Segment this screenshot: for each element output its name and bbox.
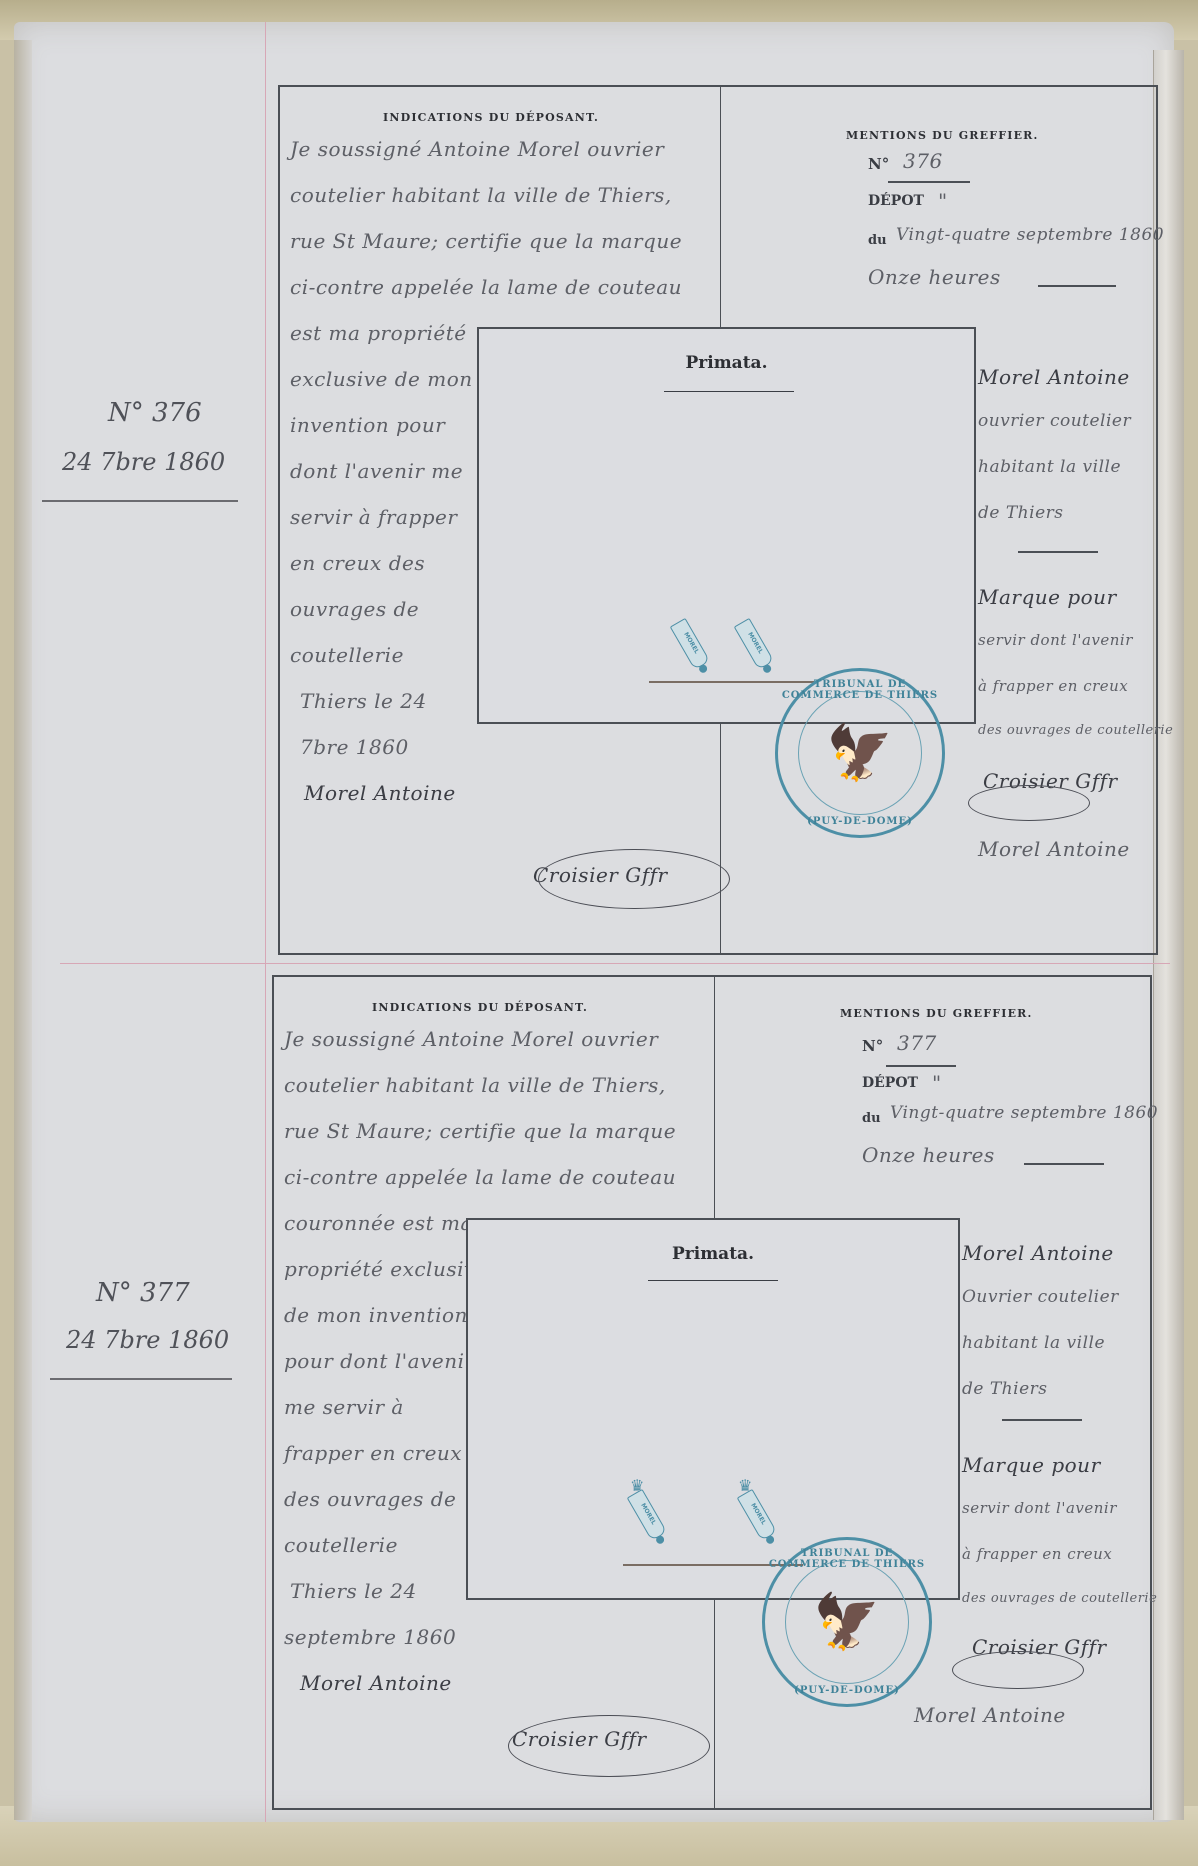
deposant-line: servir à frapper xyxy=(290,505,457,529)
mark-title: Primata. xyxy=(479,353,974,373)
greffier-line: à frapper en creux xyxy=(978,677,1128,695)
greffier-line: à frapper en creux xyxy=(962,1545,1112,1563)
deposant-signature: Morel Antoine xyxy=(300,1671,452,1695)
mark-title-underline xyxy=(664,391,794,392)
greffier-line: Ouvrier coutelier xyxy=(962,1287,1119,1307)
depot-label: DÉPOT xyxy=(868,193,924,209)
mark-title-underline xyxy=(648,1280,778,1281)
depot-value: " xyxy=(932,1071,942,1095)
margin-entry-date: 24 7bre 1860 xyxy=(62,448,225,476)
knife-blade-mark-icon: MOREL xyxy=(734,618,775,670)
tribunal-seal: TRIBUNAL DE COMMERCE DE THIERS 🦅 (PUY-DE… xyxy=(775,668,945,838)
deposant-line: rue St Maure; certifie que la marque xyxy=(284,1119,676,1143)
deposant-line: exclusive de mon xyxy=(290,367,473,391)
margin-underline xyxy=(42,500,238,502)
deposant-signature: Morel Antoine xyxy=(304,781,456,805)
deposant-line: Thiers le 24 xyxy=(300,689,427,713)
depot-heure: Onze heures xyxy=(868,265,1001,289)
margin-entry-date: 24 7bre 1860 xyxy=(66,1326,229,1354)
knife-blade-mark-icon: MOREL xyxy=(670,618,711,670)
page-binding-edge xyxy=(14,40,32,1820)
greffier-header: MENTIONS DU GREFFIER. xyxy=(846,129,1039,142)
imperial-eagle-icon: 🦅 xyxy=(813,1595,880,1649)
numero-label: N° xyxy=(862,1037,883,1055)
greffier-line: de Thiers xyxy=(962,1379,1047,1399)
seal-outer-text: TRIBUNAL DE COMMERCE DE THIERS xyxy=(778,679,942,701)
crowned-knife-blade-mark-icon: MOREL xyxy=(737,1489,778,1541)
deposant-line: Thiers le 24 xyxy=(290,1579,417,1603)
signature-paraph xyxy=(538,849,730,909)
deposant-countersign: Morel Antoine xyxy=(978,837,1130,861)
deposant-line: rue St Maure; certifie que la marque xyxy=(290,229,682,253)
numero-value: 376 xyxy=(903,149,943,173)
seal-outer-text: TRIBUNAL DE COMMERCE DE THIERS xyxy=(765,1548,929,1570)
deposant-line: coutellerie xyxy=(290,643,404,667)
deposant-line: propriété exclusive xyxy=(284,1257,488,1281)
greffier-line: habitant la ville xyxy=(978,457,1121,477)
greffier-line: servir dont l'avenir xyxy=(978,631,1133,649)
greffier-line: Morel Antoine xyxy=(978,365,1130,389)
greffier-line: Morel Antoine xyxy=(962,1241,1114,1265)
deposant-line: des ouvrages de xyxy=(284,1487,456,1511)
greffier-line: habitant la ville xyxy=(962,1333,1105,1353)
deposant-line: me servir à xyxy=(284,1395,404,1419)
depot-label: DÉPOT xyxy=(862,1075,918,1091)
deposant-line: ci-contre appelée la lame de couteau xyxy=(284,1165,676,1189)
deposant-line: invention pour xyxy=(290,413,445,437)
margin-entry-number: N° 377 xyxy=(96,1278,190,1308)
trademark-box: Primata. MOREL MOREL ♛ ♛ xyxy=(466,1218,960,1600)
deposant-line: Je soussigné Antoine Morel ouvrier xyxy=(284,1027,658,1051)
deposant-line: coutelier habitant la ville de Thiers, xyxy=(284,1073,666,1097)
deposant-line: ci-contre appelée la lame de couteau xyxy=(290,275,682,299)
imperial-eagle-icon: 🦅 xyxy=(826,726,893,780)
du-label: du xyxy=(862,1111,881,1126)
depot-heure: Onze heures xyxy=(862,1143,995,1167)
deposant-header: INDICATIONS DU DÉPOSANT. xyxy=(383,111,599,124)
deposant-line: couronnée est ma xyxy=(284,1211,473,1235)
depot-value: " xyxy=(938,189,948,213)
margin-entry-number: N° 376 xyxy=(108,398,202,428)
numero-underline xyxy=(886,1065,956,1067)
deposant-line: ouvrages de xyxy=(290,597,419,621)
deposant-line: septembre 1860 xyxy=(284,1625,456,1649)
crown-icon: ♛ xyxy=(738,1476,752,1495)
greffier-line: servir dont l'avenir xyxy=(962,1499,1117,1517)
seal-bottom-text: (PUY-DE-DOME) xyxy=(778,816,942,827)
deposant-line: frapper en creux xyxy=(284,1441,462,1465)
signature-paraph xyxy=(968,785,1090,821)
du-label: du xyxy=(868,233,887,248)
crowned-knife-blade-mark-icon: MOREL xyxy=(627,1489,668,1541)
greffier-line: Marque pour xyxy=(962,1453,1101,1477)
heure-underline xyxy=(1038,285,1116,287)
deposant-line: de mon invention xyxy=(284,1303,468,1327)
numero-label: N° xyxy=(868,155,889,173)
deposant-header: INDICATIONS DU DÉPOSANT. xyxy=(372,1001,588,1014)
margin-underline xyxy=(50,1378,232,1380)
numero-underline xyxy=(888,181,970,183)
deposant-line: coutelier habitant la ville de Thiers, xyxy=(290,183,672,207)
greffier-line: ouvrier coutelier xyxy=(978,411,1131,431)
heure-underline xyxy=(1024,1163,1104,1165)
margin-rule-horizontal xyxy=(60,963,1170,964)
deposant-line: 7bre 1860 xyxy=(300,735,409,759)
margin-rule-vertical xyxy=(265,22,266,1822)
tribunal-seal: TRIBUNAL DE COMMERCE DE THIERS 🦅 (PUY-DE… xyxy=(762,1537,932,1707)
mark-title: Primata. xyxy=(468,1244,958,1264)
numero-value: 377 xyxy=(897,1031,937,1055)
deposant-line: pour dont l'avenir xyxy=(284,1349,475,1373)
deposant-line: dont l'avenir me xyxy=(290,459,463,483)
deposant-line: est ma propriété xyxy=(290,321,467,345)
greffier-line: de Thiers xyxy=(978,503,1063,523)
signature-paraph xyxy=(952,1651,1084,1689)
deposant-line: Je soussigné Antoine Morel ouvrier xyxy=(290,137,664,161)
greffier-divider xyxy=(1002,1419,1082,1421)
greffier-divider xyxy=(1018,551,1098,553)
greffier-line: Marque pour xyxy=(978,585,1117,609)
greffier-line: des ouvrages de coutellerie xyxy=(962,1591,1157,1606)
greffier-line: des ouvrages de coutellerie xyxy=(978,723,1173,738)
seal-bottom-text: (PUY-DE-DOME) xyxy=(765,1685,929,1696)
crown-icon: ♛ xyxy=(630,1476,644,1495)
depot-date: Vingt-quatre septembre 1860 xyxy=(890,1103,1158,1123)
deposant-line: en creux des xyxy=(290,551,425,575)
deposant-countersign: Morel Antoine xyxy=(914,1703,1066,1727)
deposant-line: coutellerie xyxy=(284,1533,398,1557)
signature-paraph xyxy=(508,1715,710,1777)
depot-date: Vingt-quatre septembre 1860 xyxy=(896,225,1164,245)
trademark-box: Primata. MOREL MOREL xyxy=(477,327,976,724)
greffier-header: MENTIONS DU GREFFIER. xyxy=(840,1007,1033,1020)
